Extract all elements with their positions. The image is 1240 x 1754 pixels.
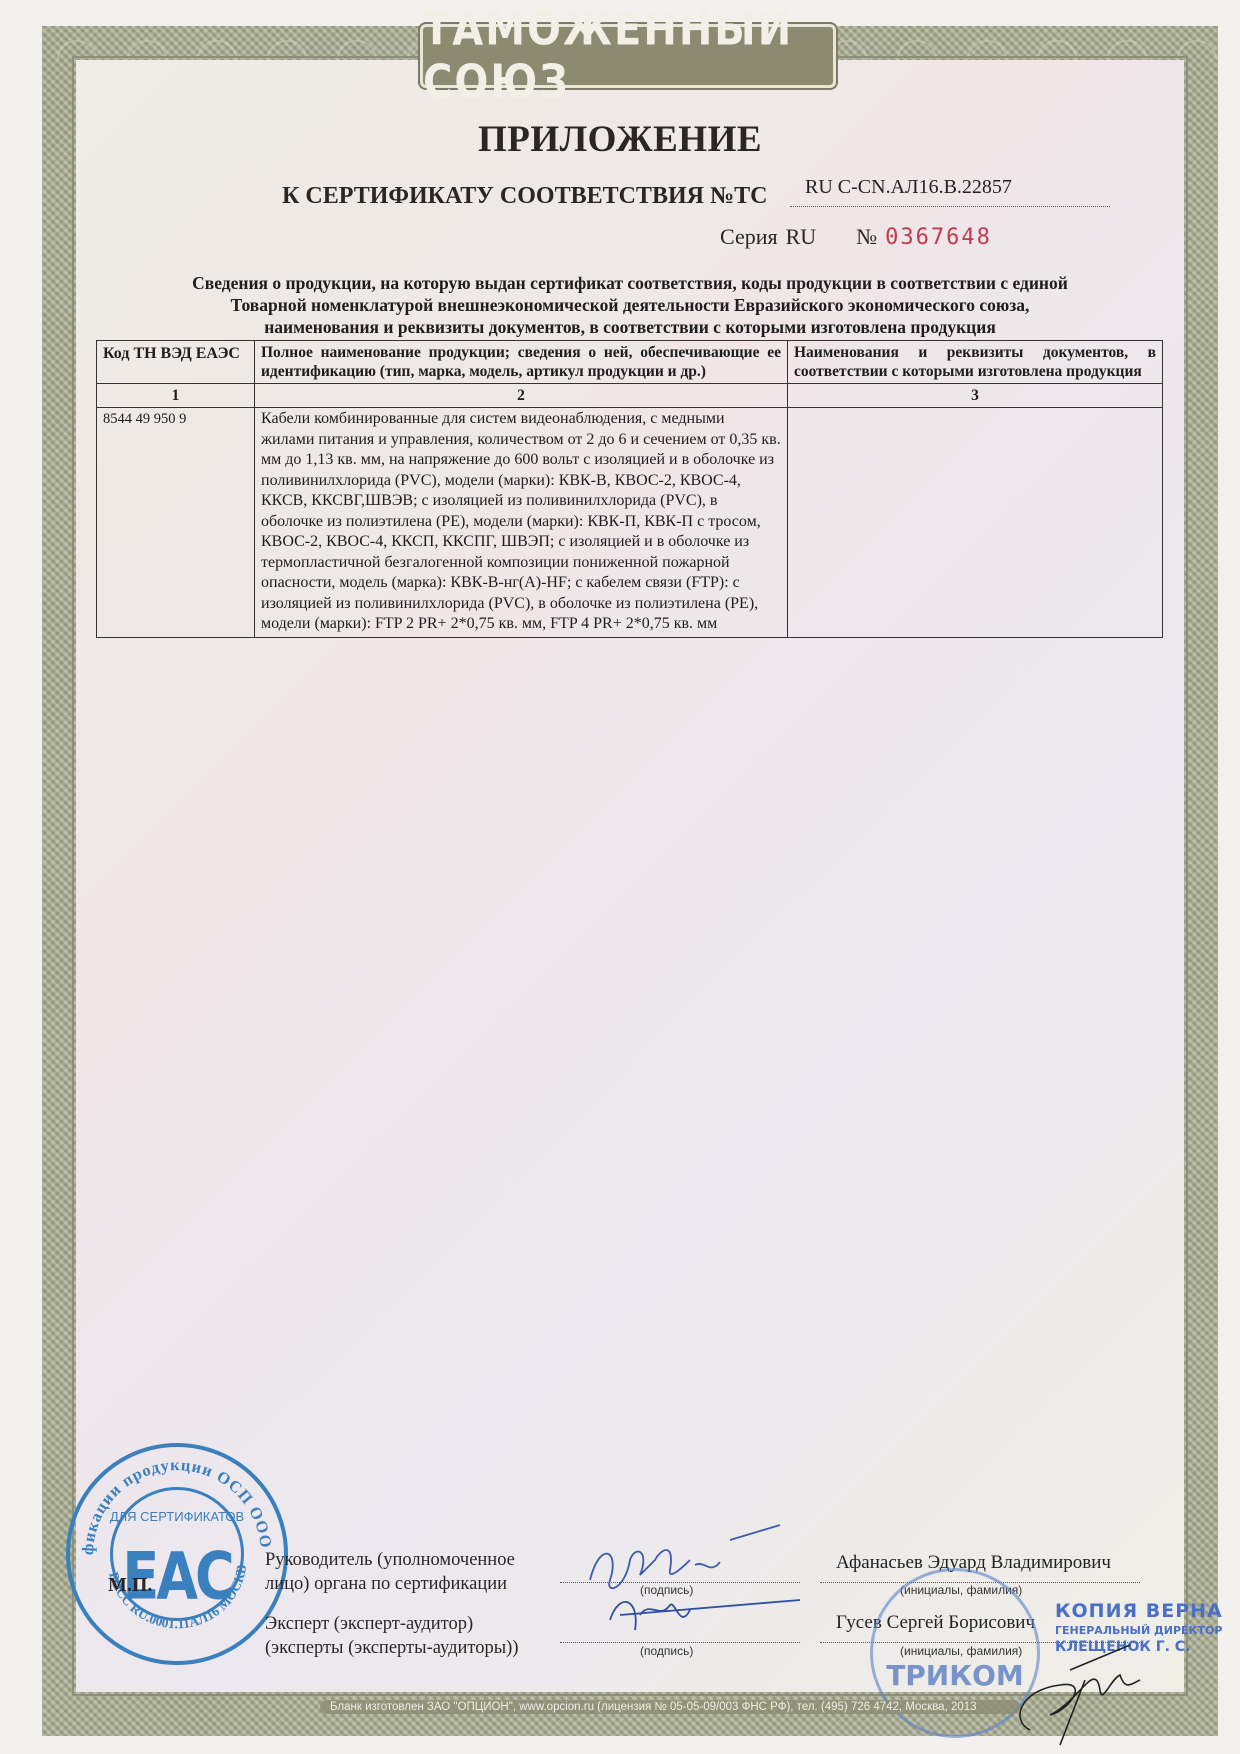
head-label-line-2: лицо) органа по сертификации xyxy=(265,1572,515,1596)
table-row: 8544 49 950 9 Кабели комбинированные для… xyxy=(97,408,1163,638)
eac-mark: ЕАС xyxy=(70,1539,284,1615)
series-line: СерияRU№0367648 xyxy=(720,224,992,250)
index-3: 3 xyxy=(788,384,1163,408)
banner-text: ТАМОЖЕННЫЙ СОЮЗ xyxy=(423,3,833,109)
certificate-label: К СЕРТИФИКАТУ СООТВЕТСТВИЯ №ТС xyxy=(282,183,767,210)
header-code: Код ТН ВЭД ЕАЭС xyxy=(97,341,255,384)
table-header-row: Код ТН ВЭД ЕАЭС Полное наименование прод… xyxy=(97,341,1163,384)
expert-label-line-2: (эксперты (эксперты-аудиторы)) xyxy=(265,1636,519,1660)
head-label: Руководитель (уполномоченное лицо) орган… xyxy=(265,1548,515,1596)
index-1: 1 xyxy=(97,384,255,408)
header-description: Полное наименование продукции; сведения … xyxy=(255,341,788,384)
product-table: Код ТН ВЭД ЕАЭС Полное наименование прод… xyxy=(96,340,1163,638)
copy-stamp-line-1: КОПИЯ ВЕРНА xyxy=(1055,1600,1223,1622)
certification-body-stamp: Орган по сертификации продукции ОСП ООО … xyxy=(66,1443,288,1665)
series-value: RU xyxy=(786,224,817,249)
table-index-row: 1 2 3 xyxy=(97,384,1163,408)
blank-manufacturer-note: Бланк изготовлен ЗАО "ОПЦИОН", www.opcio… xyxy=(320,1700,1020,1714)
certificate-number: RU C-CN.АЛ16.В.22857 xyxy=(805,176,1012,199)
expert-label: Эксперт (эксперт-аудитор) (эксперты (экс… xyxy=(265,1612,519,1660)
form-number: 0367648 xyxy=(885,225,992,250)
intro-line-2: Товарной номенклатурой внешнеэкономическ… xyxy=(110,294,1150,316)
product-documents xyxy=(788,408,1163,638)
seal-mark: М.П. xyxy=(108,1574,152,1597)
head-label-line-1: Руководитель (уполномоченное xyxy=(265,1548,515,1572)
customs-union-banner: ТАМОЖЕННЫЙ СОЮЗ xyxy=(420,24,836,88)
index-2: 2 xyxy=(255,384,788,408)
certificate-underline xyxy=(790,206,1110,207)
header-documents: Наименования и реквизиты документов, в с… xyxy=(788,341,1163,384)
director-signature xyxy=(1000,1640,1160,1750)
stamp-inner-top: ДЛЯ СЕРТИФИКАТОВ xyxy=(70,1509,284,1524)
product-code: 8544 49 950 9 xyxy=(97,408,255,638)
intro-text: Сведения о продукции, на которую выдан с… xyxy=(110,272,1150,338)
product-description: Кабели комбинированные для систем видеон… xyxy=(255,408,788,638)
series-label: Серия xyxy=(720,224,778,249)
intro-line-3: наименования и реквизиты документов, в с… xyxy=(110,316,1150,338)
intro-line-1: Сведения о продукции, на которую выдан с… xyxy=(110,272,1150,294)
number-label: № xyxy=(856,224,877,249)
page-title: ПРИЛОЖЕНИЕ xyxy=(0,118,1240,161)
expert-label-line-1: Эксперт (эксперт-аудитор) xyxy=(265,1612,519,1636)
copy-stamp-line-2: ГЕНЕРАЛЬНЫЙ ДИРЕКТОР xyxy=(1055,1624,1223,1637)
handwritten-signatures xyxy=(580,1520,810,1650)
